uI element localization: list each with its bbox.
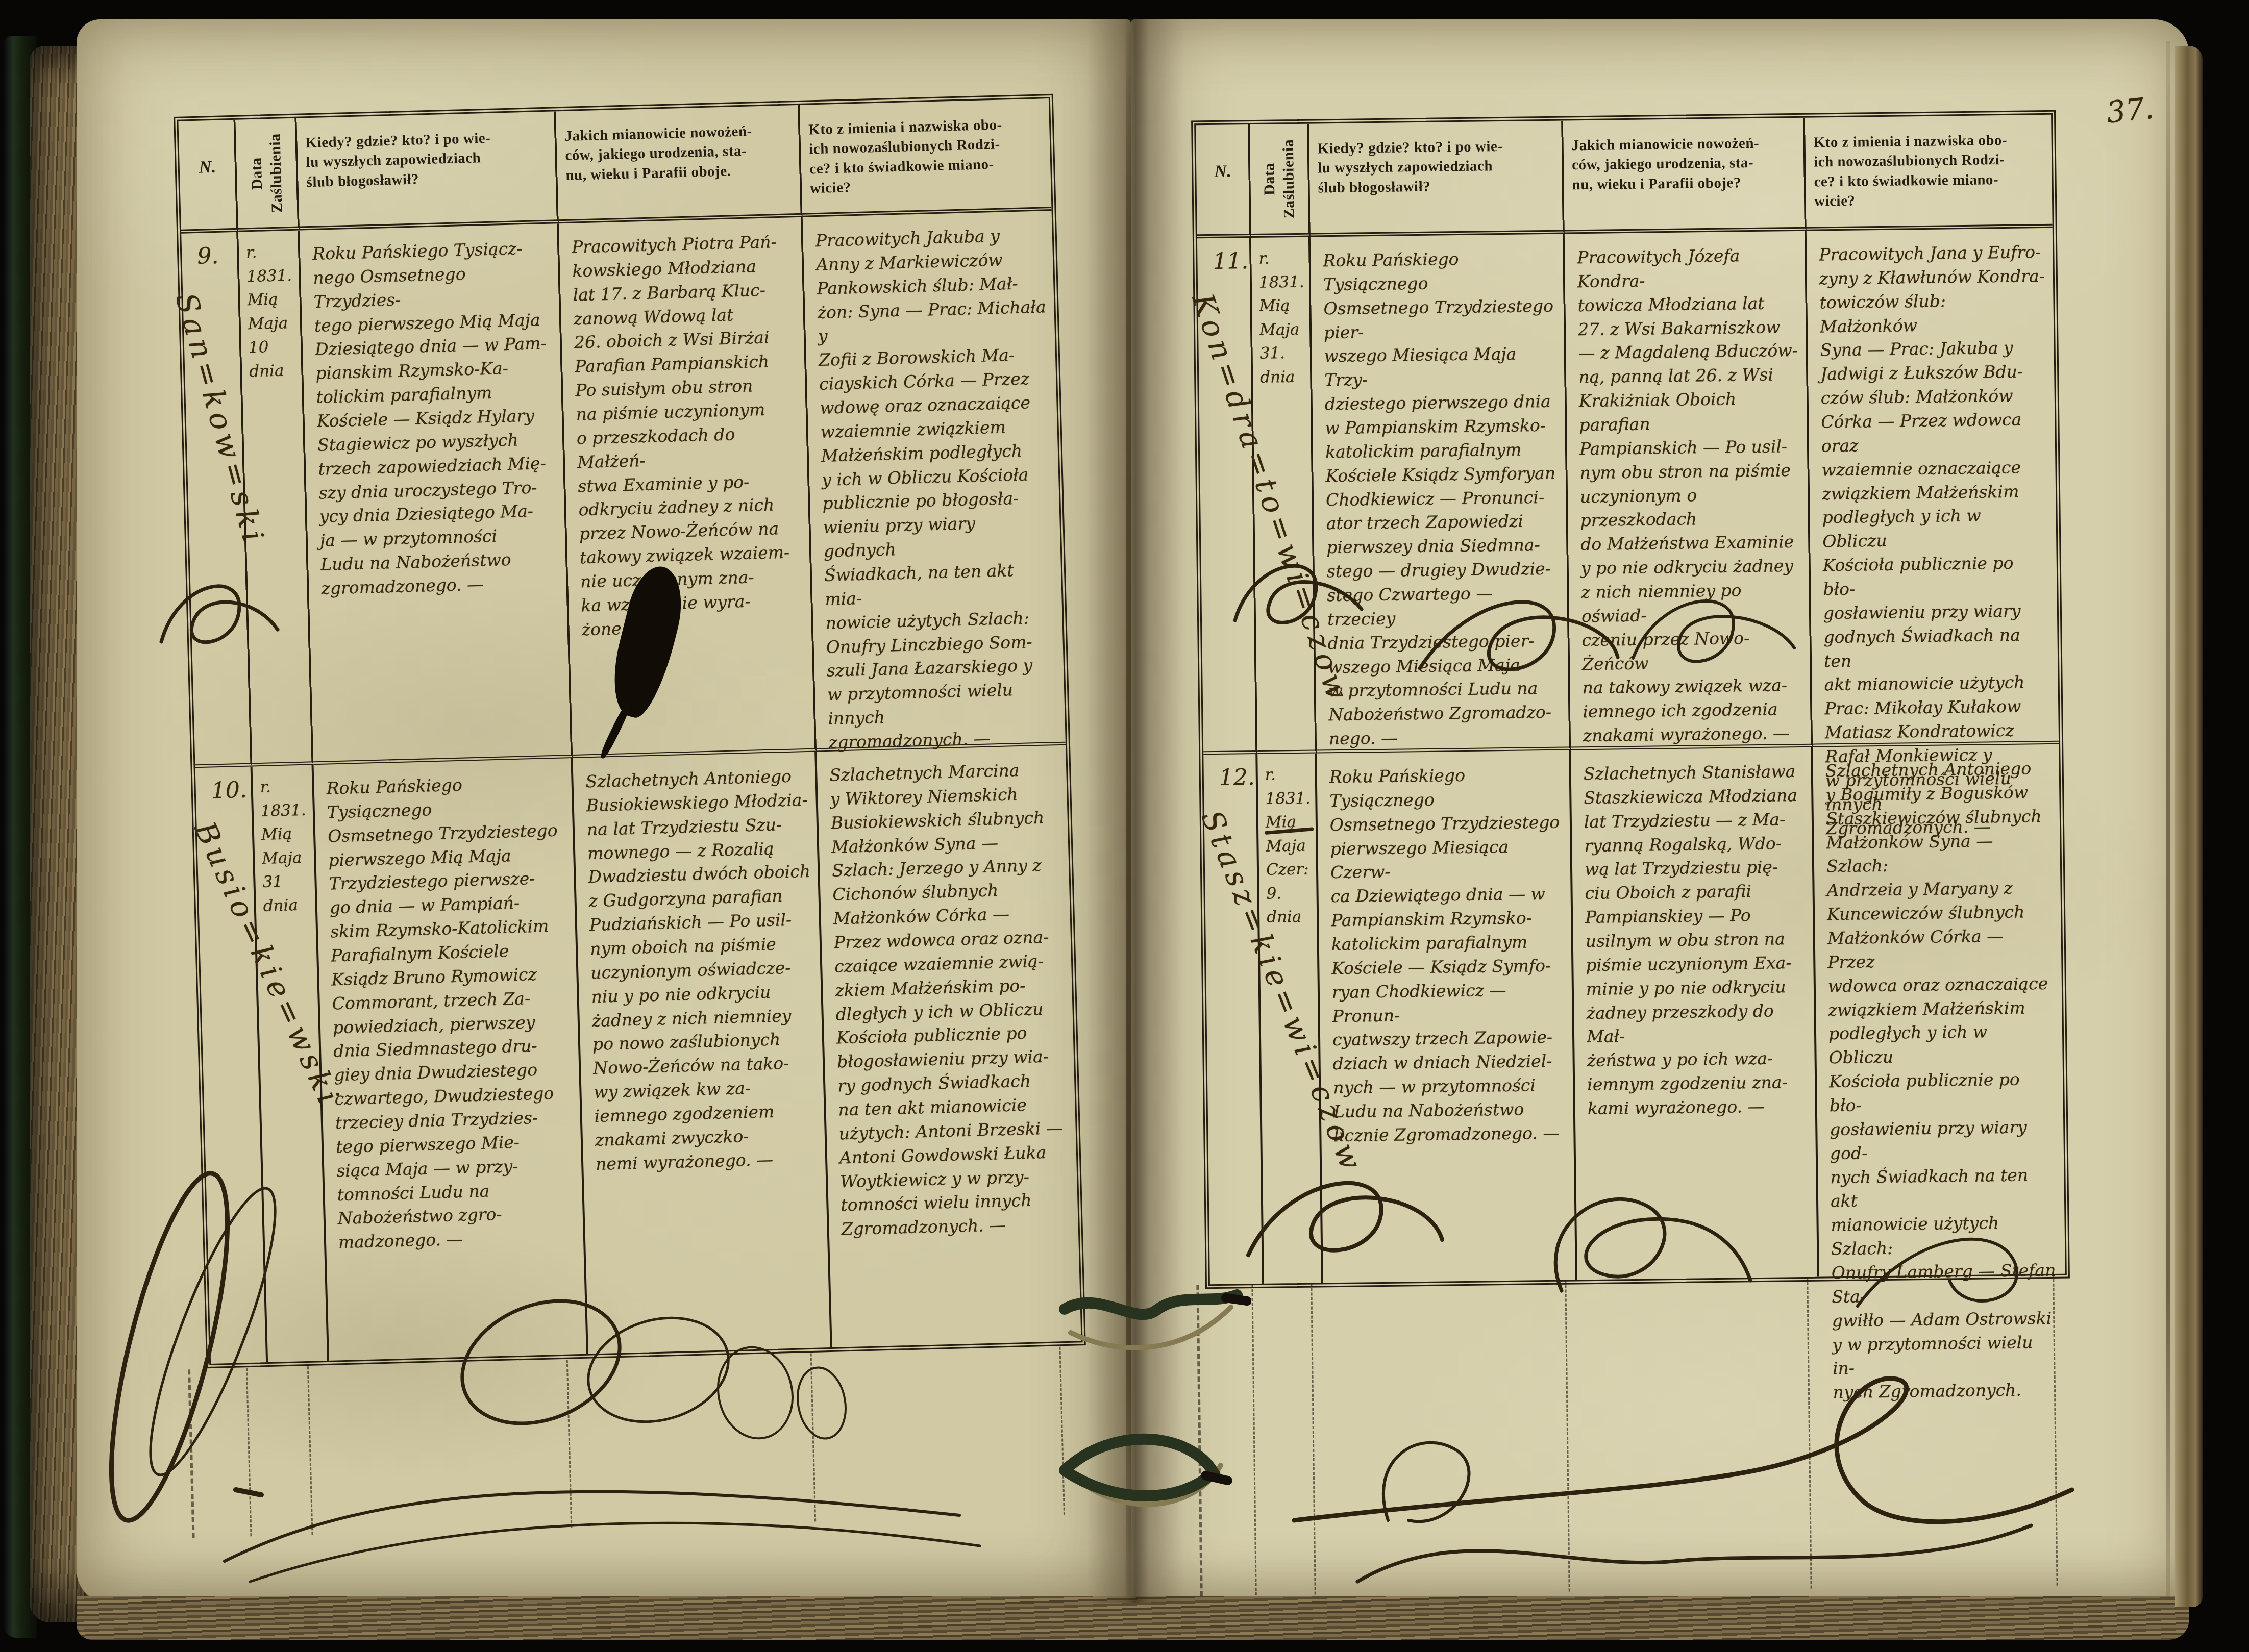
- entry-10-number: 10.: [211, 777, 247, 804]
- gutter-crease-line: [1126, 31, 1131, 1597]
- right-page-fold-line: [2166, 41, 2170, 1597]
- entry-12-date-cell: r. 1831. Mią Maja Czer: 9. dnia: [1257, 754, 1323, 1284]
- entry-9-number: 9.: [197, 243, 219, 269]
- entry-10-officiant-cell: Roku Pańskiego Tysiącznego Osmsetnego Tr…: [314, 758, 588, 1361]
- entry-9-witnesses-cell: Pracowitych Jakuba y Anny z Markiewiczów…: [803, 211, 1066, 752]
- entry-10-witnesses-cell: Szlachetnych Marcina y Wiktorey Niemskic…: [817, 745, 1081, 1347]
- entry-12-date: r. 1831. Mią Maja Czer: 9. dnia: [1257, 754, 1317, 930]
- right-header-officiant: Kiedy? gdzie? kto? i po wie- lu wyszłych…: [1309, 121, 1565, 237]
- left-table-continuation-rules: [188, 1347, 1065, 1538]
- entry-11-officiant-cell: Roku Pańskiego Tysiącznego Osmsetnego Tr…: [1311, 234, 1571, 754]
- right-header-date: Data Zaślubienia: [1250, 124, 1311, 238]
- entry-12-newlyweds-text: Szlachetnych Stanisława Staszkiewicza Mł…: [1583, 760, 1808, 1121]
- entry-11-date-cell: r. 1831. Mią Maja 31. dnia: [1251, 237, 1317, 754]
- entry-12-number: 12.: [1219, 764, 1255, 791]
- entry-11-witnesses-cell: Pracowitych Jana y Eufro- zyny z Kławłun…: [1807, 228, 2059, 747]
- gutter-shadow: [1087, 19, 1184, 1603]
- entry-11-officiant-text: Roku Pańskiego Tysiącznego Osmsetnego Tr…: [1323, 246, 1562, 752]
- entry-9-officiant-text: Roku Pańskiego Tysiącz- nego Osmsetnego …: [312, 236, 559, 601]
- page-edge-right: [2175, 46, 2203, 1607]
- entry-10-witnesses-text: Szlachetnych Marcina y Wiktorey Niemskic…: [829, 758, 1071, 1242]
- entry-10-officiant-text: Roku Pańskiego Tysiącznego Osmsetnego Tr…: [326, 770, 576, 1255]
- entry-11-newlyweds-cell: Pracowitych Józefa Kondra- towicza Młodz…: [1565, 231, 1813, 750]
- left-header-n: N.: [178, 120, 238, 234]
- right-header-witnesses: Kto z imienia i nazwiska obo- ich nowoza…: [1805, 115, 2053, 231]
- entry-9-witnesses-text: Pracowitych Jakuba y Anny z Markiewiczów…: [815, 223, 1058, 755]
- entry-9-date: r. 1831. Mią Maja 10 dnia: [238, 231, 302, 384]
- left-register-table: N. Data Zaślubienia Kiedy? gdzie? kto? i…: [174, 94, 1086, 1368]
- entry-10-date: r. 1831. Mią Maja 31 dnia: [253, 765, 316, 918]
- right-header-n: N.: [1196, 124, 1251, 238]
- right-header-newlyweds: Jakich mianowicie nowożeń- ców, jakiego …: [1563, 118, 1807, 234]
- entry-11-date: r. 1831. Mią Maja 31. dnia: [1251, 237, 1311, 389]
- entry-9-officiant-cell: Roku Pańskiego Tysiącz- nego Osmsetnego …: [300, 223, 573, 765]
- left-header-date: Data Zaślubienia: [235, 118, 300, 232]
- entry-11-newlyweds-text: Pracowitych Józefa Kondra- towicza Młodz…: [1577, 243, 1803, 748]
- left-header-witnesses: Kto z imienia i nazwiska obo- ich nowoza…: [800, 98, 1052, 217]
- entry-10-newlyweds-cell: Szlachetnych Antoniego Busiokiewskiego M…: [573, 752, 832, 1354]
- entry-9-newlyweds-text: Pracowitych Piotra Pań- kowskiego Młodzi…: [572, 230, 805, 642]
- entry-12-officiant-text: Roku Pańskiego Tysiącznego Osmsetnego Tr…: [1329, 763, 1567, 1148]
- right-table-continuation-rules: [1196, 1274, 2058, 1596]
- right-header-date-label: Data Zaślubienia: [1259, 139, 1299, 218]
- register-book-scan: 37. N. Data Zaślubienia Kiedy? gdzie? kt…: [0, 0, 2249, 1652]
- left-header-officiant: Kiedy? gdzie? kto? i po wie- lu wyszłych…: [296, 111, 559, 230]
- entry-11-number-cell: 11. Kon=dra=to=wi=czow: [1197, 238, 1257, 755]
- page-number: 37.: [2105, 90, 2156, 130]
- left-header-newlyweds: Jakich mianowicie nowożeń- ców, jakiego …: [556, 105, 803, 223]
- entry-9-newlyweds-cell: Pracowitych Piotra Pań- kowskiego Młodzi…: [559, 217, 817, 758]
- entry-12-witnesses-cell: Szlachetnych Antoniego y Bogumiły z Bogu…: [1813, 744, 2065, 1277]
- entry-12-officiant-cell: Roku Pańskiego Tysiącznego Osmsetnego Tr…: [1317, 750, 1577, 1283]
- entry-11-number: 11.: [1213, 248, 1249, 274]
- right-register-table: N. Data Zaślubienia Kiedy? gdzie? kto? i…: [1191, 110, 2070, 1289]
- entry-12-newlyweds-cell: Szlachetnych Stanisława Staszkiewicza Mł…: [1571, 747, 1819, 1280]
- left-header-date-label: Data Zaślubienia: [246, 133, 287, 213]
- entry-10-newlyweds-text: Szlachetnych Antoniego Busiokiewskiego M…: [585, 764, 819, 1177]
- entry-12-number-cell: 12. Stasz=kie=wi=czow: [1203, 754, 1264, 1284]
